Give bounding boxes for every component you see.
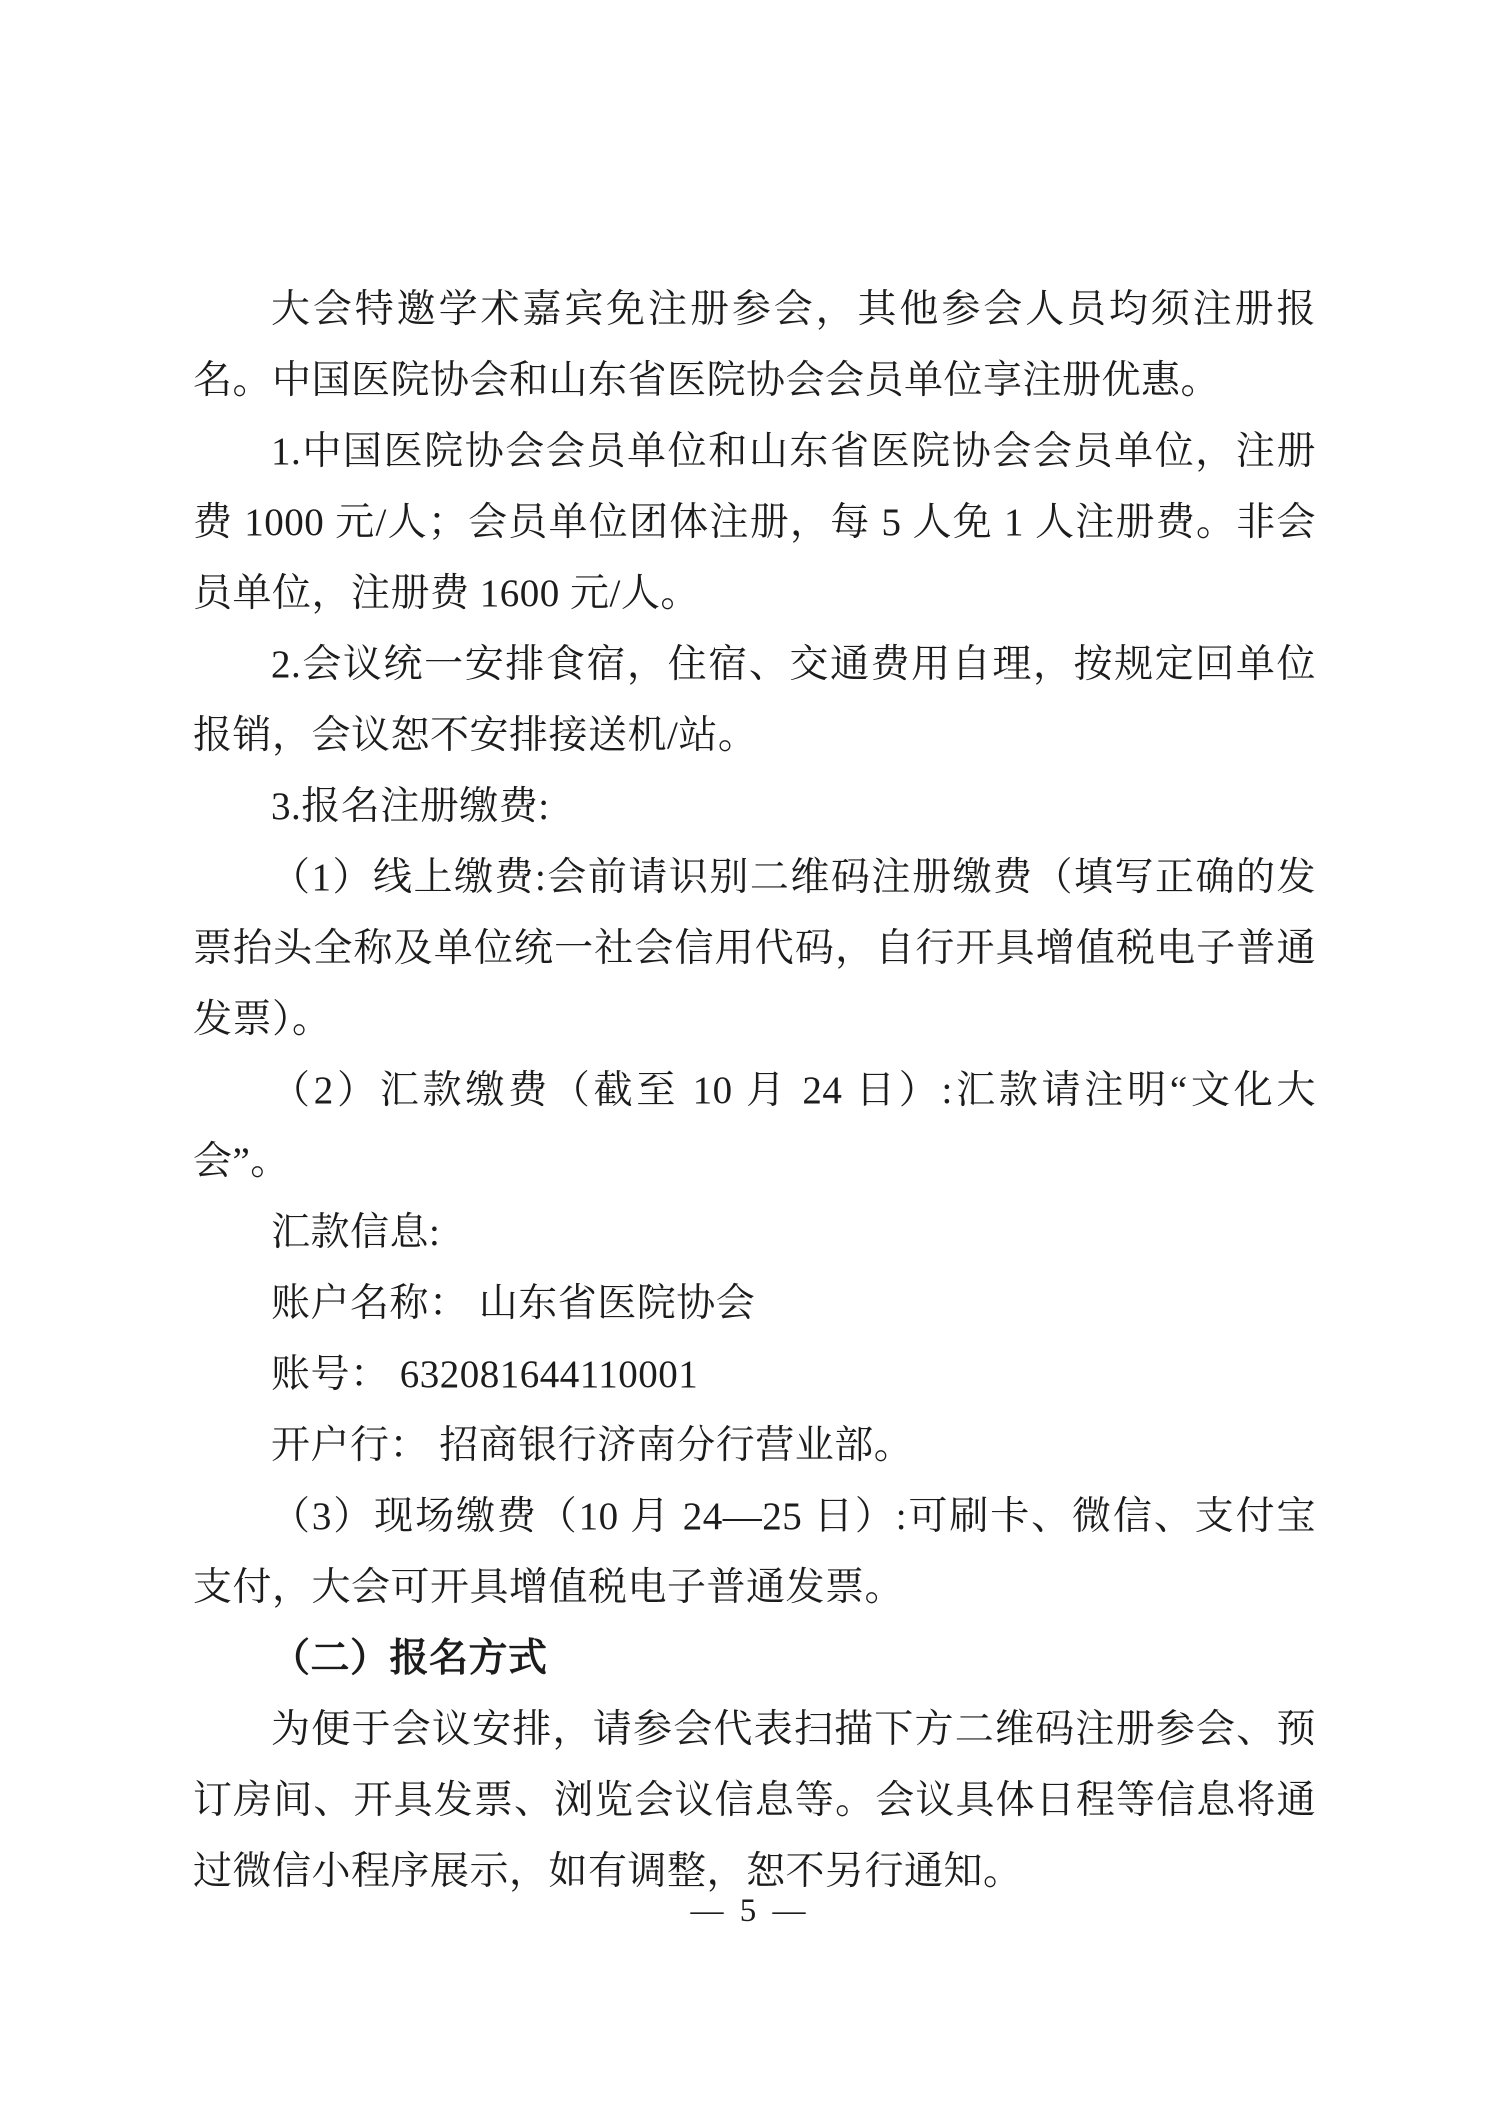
heading-registration-method: （二）报名方式 xyxy=(193,1623,1316,1694)
para-online-payment: （1）线上缴费:会前请识别二维码注册缴费（填写正确的发票抬头全称及单位统一社会信… xyxy=(193,842,1316,1055)
para-registration-intro: 大会特邀学术嘉宾免注册参会，其他参会人员均须注册报名。中国医院协会和山东省医院协… xyxy=(193,274,1316,416)
para-accommodation: 2.会议统一安排食宿，住宿、交通费用自理，按规定回单位报销，会议恕不安排接送机/… xyxy=(193,629,1316,771)
para-account-name: 账户名称： 山东省医院协会 xyxy=(193,1268,1316,1339)
para-remittance-payment: （2）汇款缴费（截至 10 月 24 日）:汇款请注明“文化大会”。 xyxy=(193,1055,1316,1197)
document-body: 大会特邀学术嘉宾免注册参会，其他参会人员均须注册报名。中国医院协会和山东省医院协… xyxy=(193,274,1316,1907)
para-bank-branch: 开户行： 招商银行济南分行营业部。 xyxy=(193,1410,1316,1481)
para-registration-fees: 1.中国医院协会会员单位和山东省医院协会会员单位，注册费 1000 元/人；会员… xyxy=(193,416,1316,629)
para-qr-registration: 为便于会议安排，请参会代表扫描下方二维码注册参会、预订房间、开具发票、浏览会议信… xyxy=(193,1694,1316,1907)
para-payment-title: 3.报名注册缴费: xyxy=(193,771,1316,842)
page-number: — 5 — xyxy=(0,1893,1500,1930)
para-remittance-info-label: 汇款信息: xyxy=(193,1197,1316,1268)
document-page: 大会特邀学术嘉宾免注册参会，其他参会人员均须注册报名。中国医院协会和山东省医院协… xyxy=(0,0,1500,2121)
para-account-number: 账号： 632081644110001 xyxy=(193,1339,1316,1410)
para-onsite-payment: （3）现场缴费（10 月 24—25 日）:可刷卡、微信、支付宝支付，大会可开具… xyxy=(193,1481,1316,1623)
